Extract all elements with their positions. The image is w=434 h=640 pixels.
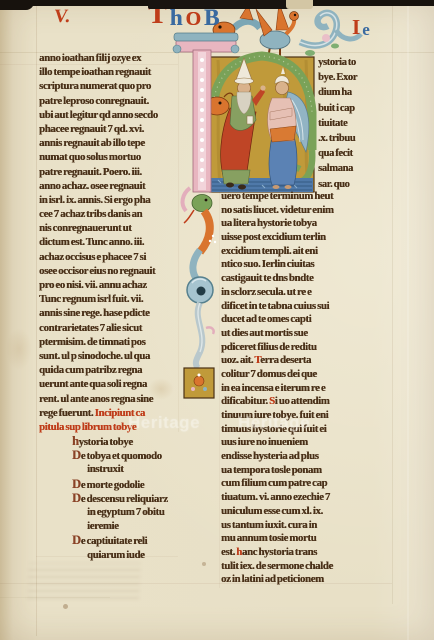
text-line: sunt. ul p sinodoche. ul qua: [39, 349, 178, 363]
text-line: uero tempe terminum heut: [221, 190, 393, 204]
text-line: in ea incensa e iterum re e: [221, 382, 393, 396]
header-letter: h: [170, 6, 183, 29]
chapter-item: hystoria tobye: [39, 434, 178, 448]
descender-tail: [183, 188, 217, 398]
running-title-right: Ie: [352, 17, 370, 38]
text-line: ua litera hystorie tobya: [221, 217, 393, 231]
text-line: in sclorz secula. ut re e: [221, 286, 393, 300]
chapter-initial: D: [72, 491, 81, 505]
photo-corner: [0, 0, 34, 10]
text-line: cee 7 achaz tribs danis an: [39, 207, 178, 221]
text-line: excidium templi. ait eni: [221, 245, 393, 259]
text-line: in isrl. ix. annis. Si ergo pha: [39, 193, 178, 207]
chapter-initial: D: [72, 477, 81, 491]
text-line: achaz occisus e phacee 7 si: [39, 250, 178, 264]
text-line: numat quo solus mortuo: [39, 150, 178, 164]
initial-stem: [193, 50, 211, 192]
chapter-initial: D: [72, 533, 81, 547]
text-line: ducet ad te omes capti: [221, 313, 393, 327]
text-line: dium ha: [318, 85, 392, 100]
text-line: est. hanc hystoria trans: [221, 546, 393, 560]
text-line: castigauit te dns bndte: [221, 272, 393, 286]
text-line: ptermisim. de timnati pos: [39, 335, 178, 349]
text-line: uus iure no inueniem: [221, 436, 393, 450]
parchment-spot: [202, 562, 206, 566]
chapter-item: De descensu reliquiarz: [39, 491, 178, 505]
text-line: cum filium cum patre cap: [221, 477, 393, 491]
ink-showthrough: [27, 563, 141, 599]
dragon-body: [234, 21, 260, 28]
chapter-item: De captiuitate reli: [39, 533, 178, 547]
text-line: oz in latini ad peticionem: [221, 573, 393, 587]
text-line: contrarietates 7 alie sicut: [39, 321, 178, 335]
header-letter: B: [204, 6, 219, 29]
pink-flourish: [183, 188, 190, 211]
text-line: tiuatum. vi. anno ezechie 7: [221, 491, 393, 505]
text-line: tiuitate: [318, 116, 392, 131]
text-line: dictum est. Tunc anno. iii.: [39, 235, 178, 249]
hat-brim: [235, 78, 254, 84]
text-line: uniculum esse cum xl. ix.: [221, 505, 393, 519]
chapter-item: quiarum iude: [39, 548, 178, 562]
dragon-tongue: [184, 210, 194, 223]
text-line: anno achaz. osee regnauit: [39, 179, 178, 193]
chapter-item: in egyptum 7 obitu: [39, 505, 178, 519]
orange-sash: [270, 126, 296, 142]
text-line: patre regnauit. Poero. iii.: [39, 165, 178, 179]
chapter-list: hystoria tobyeDe tobya et quomodoinstrux…: [39, 434, 178, 562]
text-line: annis sine rege. hase pdicte: [39, 306, 178, 320]
text-line: osee occisor eius no regnauit: [39, 264, 178, 278]
dragon-eye: [219, 102, 222, 105]
tail-segment-orange: [200, 211, 210, 252]
hand: [260, 85, 265, 90]
text-line: salmana: [318, 161, 392, 176]
dragon-head-icon: [192, 195, 212, 212]
pink-flick: [206, 327, 214, 334]
ruling-line: [36, 4, 37, 636]
chapter-item: instruxit: [39, 462, 178, 476]
historiated-initial-T: [173, 33, 314, 192]
parchment-tab: [286, 0, 313, 9]
text-line: quida cum patribz regna: [39, 363, 178, 377]
parchment-spot: [63, 604, 68, 609]
knot-boss: [197, 287, 206, 296]
right-column-wide: uero tempe terminum heutno satis liucet.…: [221, 190, 393, 587]
text-line: Tunc regnum isrl fuit. vii.: [39, 292, 178, 306]
text-line: mu annum tosie mortu: [221, 532, 393, 546]
text-line: colitur 7 domus dei que: [221, 368, 393, 382]
text-line: qua fecit: [318, 146, 392, 161]
chapter-item: De morte godolie: [39, 477, 178, 491]
text-line: no satis liucet. videtur enim: [221, 204, 393, 218]
folio-numeral: V.: [53, 6, 71, 28]
text-line: .x. tribuu: [318, 131, 392, 146]
text-line: annis regnauit ab illo tepe: [39, 136, 178, 150]
text-line: us tantum iuxit. cura in: [221, 519, 393, 533]
photo-top-edge: [148, 0, 292, 9]
bare-foot: [273, 185, 280, 189]
text-line: ut dies aut mortis sue: [221, 327, 393, 341]
header-letter: I: [352, 17, 360, 38]
text-line: phacee regnauit 7 qd. xvi.: [39, 122, 178, 136]
capital-volute: [231, 45, 239, 53]
text-line: ystoria to: [318, 55, 392, 70]
parchment-stain: [6, 328, 32, 370]
face: [276, 82, 289, 95]
shoe: [238, 185, 246, 190]
text-line: endisse hysteria ad plus: [221, 450, 393, 464]
header-letter: e: [362, 21, 370, 38]
text-line: pdiceret filius de reditu: [221, 341, 393, 355]
terminal-ornament: [184, 368, 214, 398]
text-line: illo tempe ioathan regnauit: [39, 65, 178, 79]
text-line: pro eo nisi. vii. annu achaz: [39, 278, 178, 292]
chapter-item: De tobya et quomodo: [39, 448, 178, 462]
parchment-crease: [407, 0, 409, 640]
text-line: nis conregnauerunt ut: [39, 221, 178, 235]
text-line: rent. ul ante anos regna sine: [39, 392, 178, 406]
text-line: uerunt ante qua soli regna: [39, 377, 178, 391]
right-column-narrow: ystoria tobye. Exordium habuit i captiui…: [318, 55, 392, 192]
ribbon-scroll: [300, 13, 337, 46]
chapter-initial: h: [72, 434, 79, 448]
held-object: [247, 116, 253, 124]
text-line: scriptura numerat quo pro: [39, 79, 178, 93]
tunic-hem: [222, 170, 250, 184]
text-line: dificet in te tabna cuius sui: [221, 300, 393, 314]
manuscript-page: V. ThOB Ie: [0, 0, 434, 640]
leaf-icon: [331, 44, 339, 49]
bare-foot: [285, 185, 292, 189]
chapter-item: ieremie: [39, 519, 178, 533]
text-line: buit i cap: [318, 101, 392, 116]
text-line: patre leproso conregnauit.: [39, 94, 178, 108]
text-line: ubi aut legitur qd anno secdo: [39, 108, 178, 122]
leaf-icon: [305, 50, 315, 56]
dragon-eye: [205, 199, 208, 202]
text-line: tulit iex. de sermone chalde: [221, 560, 393, 574]
text-line: uisse post excidium terlin: [221, 231, 393, 245]
bud-icon: [322, 34, 330, 42]
left-text-column: anno ioathan filij ozye exillo tempe ioa…: [39, 51, 178, 562]
watermark: Heritage: [238, 413, 310, 433]
left-column-lines: anno ioathan filij ozye exillo tempe ioa…: [39, 51, 178, 434]
blue-skirt: [269, 136, 297, 185]
text-line: ua tempora tosle ponam: [221, 464, 393, 478]
chapter-initial: D: [72, 448, 81, 462]
header-letter: O: [185, 9, 201, 29]
text-line: bye. Exor: [318, 70, 392, 85]
shoe: [226, 183, 234, 188]
watermark: Heritage: [128, 413, 200, 433]
bird-head-icon: [290, 12, 299, 21]
text-line: ntico suo. Ierlin ciuitas: [221, 258, 393, 272]
bird-eye: [294, 14, 296, 16]
text-line: dificabitur. Si uo attendim: [221, 395, 393, 409]
text-line: uoz. ait. Terra deserta: [221, 354, 393, 368]
text-line: anno ioathan filij ozye ex: [39, 51, 178, 65]
